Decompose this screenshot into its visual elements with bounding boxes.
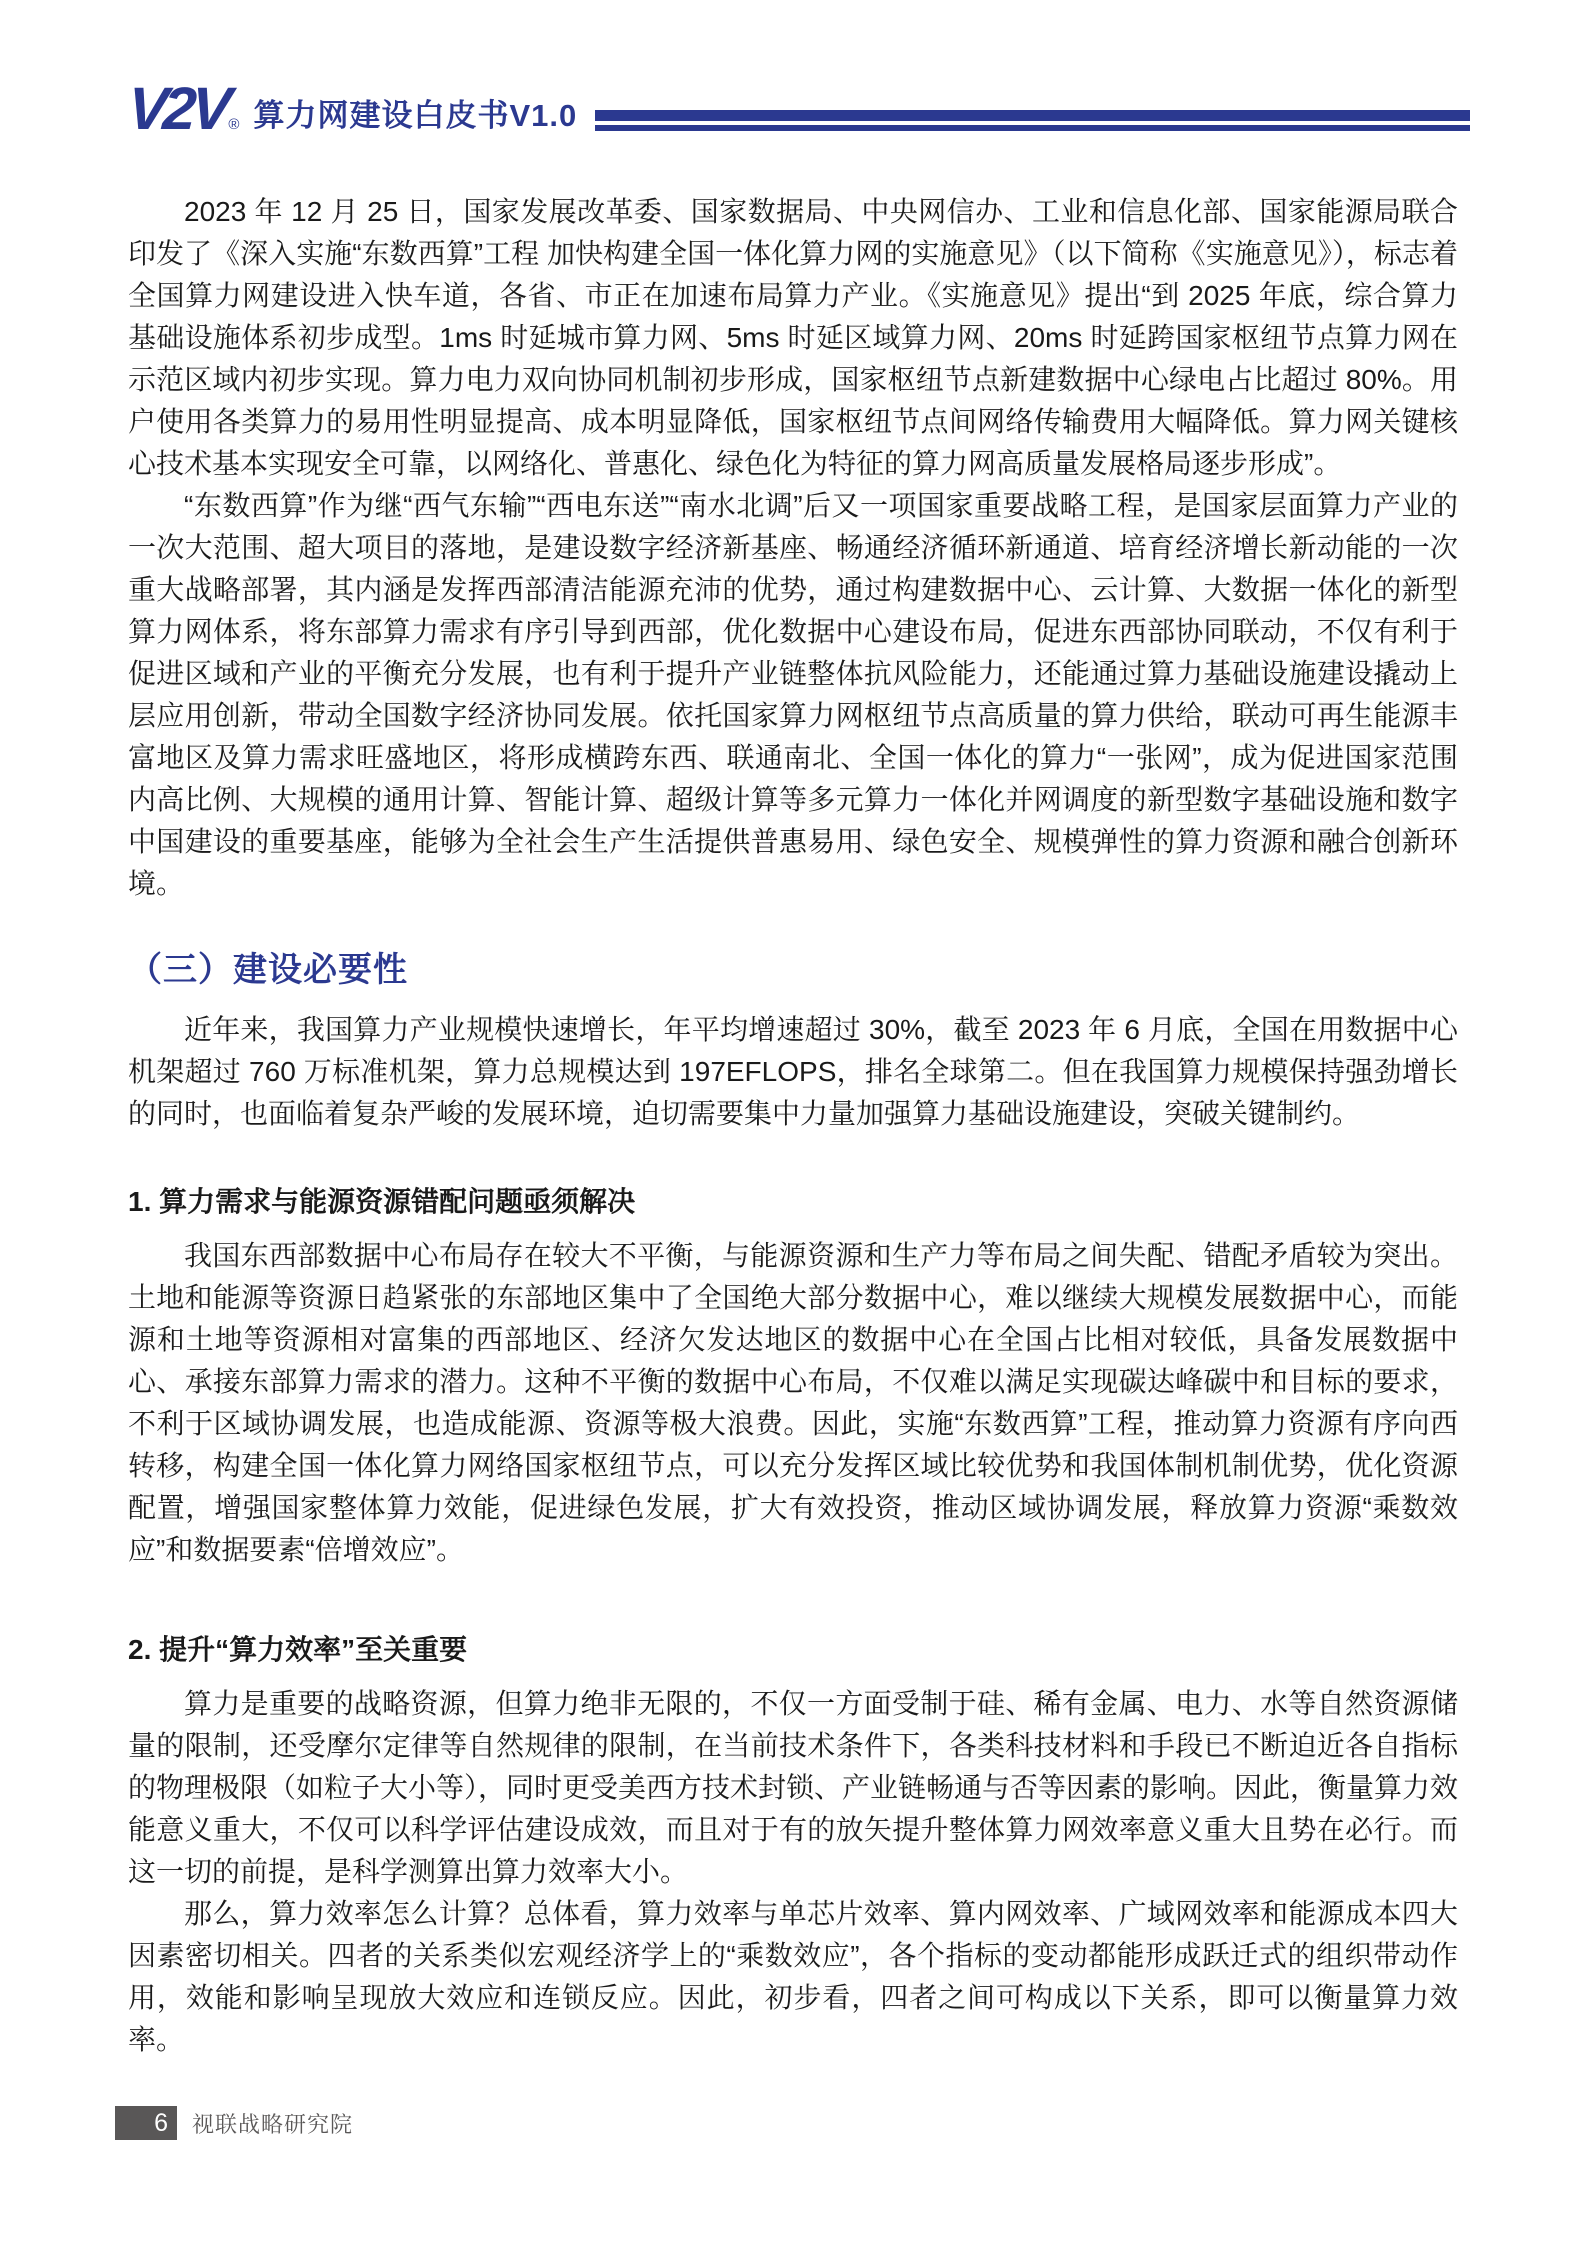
page-body: 2023 年 12 月 25 日，国家发展改革委、国家数据局、中央网信办、工业和… [128,191,1458,2061]
header-divider [595,110,1470,131]
document-title: 算力网建设白皮书V1.0 [253,100,577,131]
registered-trademark-icon: ® [228,117,239,132]
paragraph: “东数西算”作为继“西气东输”“西电东送”“南水北调”后又一项国家重要战略工程，… [128,485,1458,905]
v2v-logo: V2V ® [128,86,239,132]
footer-org-name: 视联战略研究院 [192,2108,353,2139]
document-page: V2V ® 算力网建设白皮书V1.0 2023 年 12 月 25 日，国家发展… [0,0,1586,2244]
page-footer: 6 视联战略研究院 [115,2106,353,2140]
subsection-heading-1: 1. 算力需求与能源资源错配问题亟须解决 [128,1185,1458,1219]
v2v-logo-text: V2V [126,86,228,132]
page-number: 6 [115,2106,177,2140]
page-header: V2V ® 算力网建设白皮书V1.0 [128,86,1470,132]
paragraph: 2023 年 12 月 25 日，国家发展改革委、国家数据局、中央网信办、工业和… [128,191,1458,485]
paragraph: 那么，算力效率怎么计算？总体看，算力效率与单芯片效率、算内网效率、广域网效率和能… [128,1893,1458,2061]
section-heading: （三）建设必要性 [128,951,1458,989]
paragraph: 近年来，我国算力产业规模快速增长，年平均增速超过 30%，截至 2023 年 6… [128,1009,1458,1135]
paragraph: 算力是重要的战略资源，但算力绝非无限的，不仅一方面受制于硅、稀有金属、电力、水等… [128,1683,1458,1893]
paragraph: 我国东西部数据中心布局存在较大不平衡，与能源资源和生产力等布局之间失配、错配矛盾… [128,1235,1458,1571]
subsection-heading-2: 2. 提升“算力效率”至关重要 [128,1633,1458,1667]
